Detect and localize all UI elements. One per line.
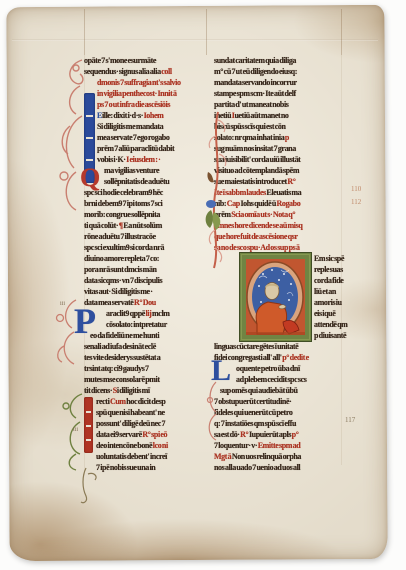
body-text: amoris iu bbox=[314, 298, 342, 307]
manuscript-text-line: solato: nr qma inhat inia p bbox=[214, 132, 372, 143]
body-text: senali ad iufa desināt eclē bbox=[84, 342, 156, 351]
body-text: spū que nisi habeant' ne bbox=[96, 408, 165, 417]
body-text: Si diligitis me mandata bbox=[97, 122, 163, 131]
body-text: tes vite desiderys sustētat a bbox=[84, 353, 160, 362]
manuscript-text-line: trsint atq: ci9 gaudys 7 bbox=[84, 363, 210, 374]
marginal-annotation: 110 bbox=[351, 186, 361, 193]
rubric-text: p° bbox=[292, 430, 299, 439]
manuscript-text-line: pora nrā sunt dmcis mān bbox=[84, 264, 210, 275]
manuscript-text-line: Mgt ā Non uos relinquā orpha bbox=[214, 451, 372, 462]
manuscript-text-line: tes vite desiderys sustētat a bbox=[84, 352, 210, 363]
manuscript-text-line: uoluntatis debent' increī bbox=[84, 451, 210, 462]
rubric-text: Mgt ā bbox=[214, 452, 232, 461]
manuscript-text-line: mandata servando incorrur bbox=[214, 77, 372, 88]
body-text: ille: dixit i·d·s· bbox=[102, 111, 144, 120]
rubric-text: Cum bbox=[110, 397, 126, 406]
marginal-annotation: iii bbox=[60, 301, 65, 308]
body-text: uoluntatis debent' increī bbox=[96, 452, 167, 461]
body-text: araclit9 qppē bbox=[106, 309, 146, 318]
marginal-annotation: iii bbox=[73, 427, 78, 434]
body-text: morib: congrue sollēpnita bbox=[84, 210, 160, 219]
body-text: vobis i·K· bbox=[97, 155, 126, 164]
rubric-text: coll bbox=[161, 67, 171, 76]
manuscript-text-line: partita d' ut maneat nobis bbox=[214, 99, 372, 110]
rubric-text: lco ni bbox=[153, 441, 168, 450]
manuscript-text-line: sup omēs qui audiebāt ūbū bbox=[214, 385, 372, 396]
body-text: q: 7 instatiōes qm spū scī effu bbox=[214, 419, 296, 428]
body-text: Em sic spē bbox=[314, 254, 344, 263]
manuscript-text-line: visituo ad cōtemplandā spēm bbox=[214, 165, 372, 176]
body-text: Non uos relinquā orpha bbox=[232, 452, 301, 461]
manuscript-text-line: spc sci hodie celebram9 hēc bbox=[84, 187, 210, 198]
body-text: 7 ipē nobis sue una in bbox=[96, 463, 155, 472]
manuscript-text-line: eo da fideliū ne me hunti bbox=[84, 330, 210, 341]
body-text: rōne aduētu 7 illustracōe bbox=[84, 232, 156, 241]
manuscript-text-line: opāte 7 s'mone esurmāte bbox=[84, 55, 210, 66]
body-text: trsint atq: ci9 gaudys 7 bbox=[84, 364, 149, 373]
manuscript-text-line: rōne aduētu 7 illustracōe bbox=[84, 231, 210, 242]
manuscript-text-line: ti quā colūt· ¶ Ea nūt solūm bbox=[84, 220, 210, 231]
manuscript-text-line: ps 7 o ut infra die ascēsiōis bbox=[84, 99, 210, 110]
body-text: deo intencōne bonē bbox=[96, 441, 153, 450]
rubric-text: R° spi eō bbox=[142, 430, 167, 439]
manuscript-text-line: nib: Cap Iohs quidē ū Rogabo bbox=[214, 198, 372, 209]
manuscript-text-line: que hore fuit de ascēsione qsr bbox=[214, 231, 372, 242]
manuscript-text-line: mea servate 7 ego rogabo bbox=[84, 132, 210, 143]
body-text: brni debem9 7 ipi toms 7 sci bbox=[84, 199, 162, 208]
body-text: cōsolato: intpretatur bbox=[106, 320, 167, 329]
body-text: nos alla uado 7 uenio ad uos all bbox=[214, 463, 300, 472]
manuscript-text-line: inetiū Iuetiū aūt manet no bbox=[214, 110, 372, 121]
body-text: reple suas bbox=[314, 265, 343, 274]
manuscript-text-line: sequendus· signus alia alia coll bbox=[84, 66, 210, 77]
ruling-line bbox=[341, 9, 342, 55]
ruling-line bbox=[206, 9, 207, 55]
manuscript-text-line: ad plebem cecidit spc scs bbox=[214, 374, 372, 385]
body-text: ad plebem cecidit spc scs bbox=[236, 375, 306, 384]
rubric-text: Iohem bbox=[144, 111, 164, 120]
rubric-text: Rogabo bbox=[276, 199, 300, 208]
body-text: mea servate 7 ego rogabo bbox=[97, 133, 169, 142]
body-text: m° cū 7 ut eū diligendo eiusq: bbox=[214, 67, 297, 76]
body-text: i diligitis mī bbox=[117, 386, 150, 395]
body-text: corda fide bbox=[314, 276, 343, 285]
body-text: eo da fideliū ne me hunti bbox=[90, 331, 159, 340]
manuscript-text-line: cōsolato: intpretatur bbox=[84, 319, 210, 330]
manuscript-text-line: brni debem9 7 ipi toms 7 sci bbox=[84, 198, 210, 209]
body-text: stampe spm scm· Ite aūt delf bbox=[214, 89, 296, 98]
manuscript-text-line: tit dicens· Si diligitis mī bbox=[84, 385, 210, 396]
rubric-text: I eiusdem : · bbox=[126, 155, 160, 164]
floral-border-decoration-icon bbox=[202, 110, 230, 270]
manuscript-text-line: sug nuām nos insitat 7 grana bbox=[214, 143, 372, 154]
manuscript-text-line: Si diligitis me mandata bbox=[84, 121, 210, 132]
green-penwork-flourish-icon bbox=[54, 388, 86, 472]
body-text: pora nrā sunt dmcis mān bbox=[84, 265, 157, 274]
rubric-text: p° dedit e bbox=[282, 353, 309, 362]
manuscript-text-line: m° cū 7 ut eū diligendo eiusq: bbox=[214, 66, 372, 77]
manuscript-text-line: sue maiestatis introducet R° bbox=[214, 176, 372, 187]
body-text: attendē qm bbox=[314, 320, 347, 329]
rubric-text: dmonis 7 suffragia nt's salvio bbox=[97, 78, 181, 87]
manuscript-text-line: dmonis 7 suffragia nt's salvio bbox=[84, 77, 210, 88]
body-text: tit dicens· bbox=[84, 386, 113, 395]
manuscript-text-line: spc sci exultim9 si corda nrā bbox=[84, 242, 210, 253]
manuscript-text-line: 7 loquentur· v· Emitte spm ad bbox=[214, 440, 372, 451]
parchment-crease bbox=[12, 39, 378, 41]
manuscript-text-line: sundat caritatem quia diliga bbox=[214, 55, 372, 66]
manuscript-text-line: fidei congregasti all' all' p° dedit e bbox=[214, 352, 372, 363]
body-text: recti bbox=[96, 397, 110, 406]
body-text: sequendus· signus alia alia bbox=[84, 67, 161, 76]
marginal-annotation: 117 bbox=[345, 417, 355, 424]
manuscript-photo: opāte 7 s'mone esurmātesequendus· signus… bbox=[0, 0, 406, 570]
manuscript-text-line: nos alla uado 7 uenio ad uos all bbox=[214, 462, 372, 473]
manuscript-text-line: prēm 7 aliū paraclitū dabit bbox=[84, 143, 210, 154]
body-text: Eleuatis ma bbox=[266, 188, 301, 197]
manuscript-text-line: ma vigilias venture bbox=[84, 165, 210, 176]
manuscript-text-line: vitas aut· Si diligitis me · bbox=[84, 286, 210, 297]
manuscript-text-line: 7 obstupuerūt certitudinē· bbox=[214, 396, 372, 407]
manuscript-text-line: possunt' diligē deū nec 7 bbox=[84, 418, 210, 429]
body-text: eis iquē bbox=[314, 309, 335, 318]
rubric-text: p bbox=[285, 133, 289, 142]
body-text: partita d' ut maneat nobis bbox=[214, 100, 289, 109]
body-text: diuino amore repleta 7 co: bbox=[84, 254, 159, 263]
ruling-line bbox=[84, 9, 85, 55]
body-text: possunt' diligē deū nec 7 bbox=[96, 419, 165, 428]
manuscript-text-line: araclit9 qppē lij mclm bbox=[84, 308, 210, 319]
rubric-text: Scia omīa ut s· Nota q° bbox=[231, 210, 295, 219]
manuscript-text-line: stampe spm scm· Ite aūt delf bbox=[214, 88, 372, 99]
manuscript-text-line: sua iuisibilit' corda uiū illustāt bbox=[214, 154, 372, 165]
body-text: vitas aut· Si diligitis me · bbox=[84, 287, 152, 296]
manuscript-text-line: biscū spūs scīs qui est cōn bbox=[214, 121, 372, 132]
body-text: Iohs quidē ū bbox=[240, 199, 276, 208]
body-text: liū et an bbox=[314, 287, 336, 296]
body-text: Ea nūt solūm bbox=[123, 221, 162, 230]
rubric-text: ps 7 o ut infra die ascēsiōis bbox=[97, 100, 170, 109]
body-text: spc sci exultim9 si corda nrā bbox=[84, 243, 164, 252]
body-text: mandata servando incorrur bbox=[214, 78, 297, 87]
body-text: sup omēs qui audiebāt ūbū bbox=[220, 386, 298, 395]
red-penwork-filigree-icon bbox=[202, 380, 226, 444]
rubric-text: R° bbox=[287, 177, 295, 186]
manuscript-text-line: spū que nisi habeant' ne bbox=[84, 407, 210, 418]
manuscript-text-line: omnes hore dicende se aū misq bbox=[214, 220, 372, 231]
manuscript-text-line: in vigilia penthecost· Innit ā bbox=[84, 88, 210, 99]
red-penwork-filigree-icon bbox=[52, 56, 88, 216]
manuscript-text-line: mutes mse consolarē pmit bbox=[84, 374, 210, 385]
body-text: data ei9 servarē bbox=[96, 430, 142, 439]
manuscript-text-line: oquente petro ūba dnī bbox=[214, 363, 372, 374]
manuscript-text-line: data mea servatē R° Dou bbox=[84, 297, 210, 308]
rubric-text: R° Dou bbox=[134, 298, 156, 307]
marginal-annotation: 112 bbox=[351, 199, 361, 206]
pen-trial-flourish-icon bbox=[76, 466, 102, 506]
manuscript-text-line: deo intencōne bonē lco ni bbox=[84, 440, 210, 451]
manuscript-text-line: sollēpnitatis de aduētu bbox=[84, 176, 210, 187]
manuscript-text-line: data sicqms· vn 7 discipulis bbox=[84, 275, 210, 286]
manuscript-text-line: Ite ī sabbm laudes Eleuatis ma bbox=[214, 187, 372, 198]
rubric-text: R° bbox=[240, 430, 249, 439]
manuscript-text-line: senali ad iufa desināt eclē bbox=[84, 341, 210, 352]
body-text: ti quā colūt· bbox=[84, 221, 119, 230]
left-text-column: opāte 7 s'mone esurmātesequendus· signus… bbox=[84, 55, 210, 473]
body-text: ma vigilias venture bbox=[104, 166, 159, 175]
body-text: mutes mse consolarē pmit bbox=[84, 375, 160, 384]
manuscript-text-line: morib: congrue sollēpnita bbox=[84, 209, 210, 220]
body-text: oquente petro ūba dnī bbox=[236, 364, 300, 373]
rubric-text: Emitte spm ad bbox=[258, 441, 301, 450]
manuscript-text-line: sa est dō· R° Iupuierūt apls p° bbox=[214, 429, 372, 440]
body-text: opāte 7 s'mone esurmāte bbox=[84, 56, 156, 65]
manuscript-text-line: recti Cum hoc dicit desp bbox=[84, 396, 210, 407]
body-text: data sicqms· vn 7 discipulis bbox=[84, 276, 162, 285]
manuscript-text-line: linguas cūctare gētes ī unitatē bbox=[214, 341, 372, 352]
manuscript-text-line: 7 ipē nobis sue una in bbox=[84, 462, 210, 473]
brown-curl bbox=[207, 172, 214, 182]
rubric-text: in vigilia penthecost· Innit ā bbox=[97, 89, 177, 98]
figure-hand bbox=[279, 305, 286, 309]
manuscript-text-line: vobis i·K· I eiusdem : · bbox=[84, 154, 210, 165]
body-text: p diuisantē bbox=[314, 331, 346, 340]
body-text: sollēpnitatis de aduētu bbox=[104, 177, 169, 186]
body-text: mclm bbox=[152, 309, 170, 318]
body-text: Iupuierūt apls bbox=[249, 430, 292, 439]
manuscript-text-line: data ei9 servarē R° spi eō bbox=[84, 429, 210, 440]
body-text: prēm 7 aliū paraclitū dabit bbox=[97, 144, 174, 153]
body-text: hoc dicit desp bbox=[126, 397, 166, 406]
body-text: sundat caritatem quia diliga bbox=[214, 56, 296, 65]
body-text: linguas cūctare gētes ī unitatē bbox=[214, 342, 298, 351]
manuscript-text-line: diuino amore repleta 7 co: bbox=[84, 253, 210, 264]
body-text: uetiū aūt manet no bbox=[234, 111, 288, 120]
manuscript-text-line: prēm Scia omīa ut s· Nota q° bbox=[214, 209, 372, 220]
manuscript-text-line: Eille: dixit i·d·s· Iohem bbox=[84, 110, 210, 121]
historiated-initial-miniature bbox=[239, 252, 312, 342]
